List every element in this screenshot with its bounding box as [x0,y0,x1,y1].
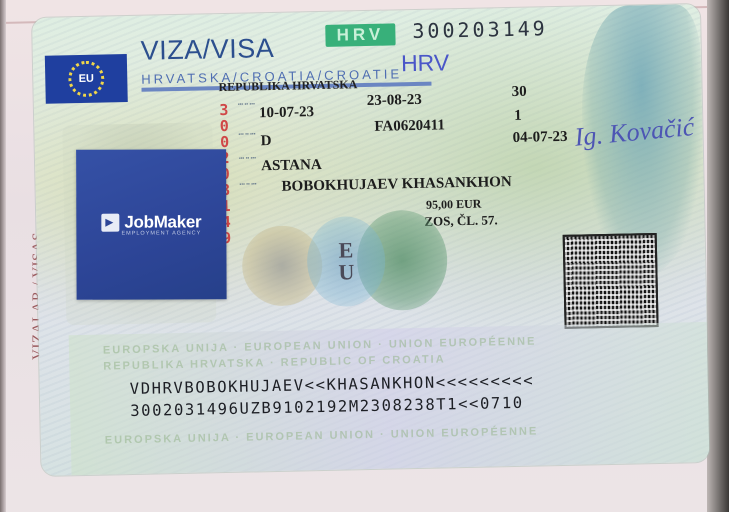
field-entries: 1 [514,108,522,125]
field-place-of-issue: ASTANA [261,157,322,175]
jobmaker-logo-overlay: JobMaker EMPLOYMENT AGENCY [76,149,227,300]
microtext-1: EUROPSKA UNIJA · EUROPEAN UNION · UNION … [103,336,537,357]
issuer: REPUBLIKA HRVATSKA [218,77,357,95]
microtext-3: EUROPSKA UNIJA · EUROPEAN UNION · UNION … [105,425,539,446]
field-valid-from: 10-07-23 [259,104,314,122]
page-edge-right [707,0,729,512]
field-fee: 95,00 EUR [426,197,482,213]
hologram-letter-e: E [338,239,353,261]
visa-sticker: EU VIZA/VISA HRVATSKA/CROATIA/CROATIE HR… [32,4,709,476]
field-type: D [260,133,271,150]
field-passport-number: FA0620411 [374,117,445,135]
hologram-letter-u: U [338,261,354,283]
hrv-badge: HRV [325,23,395,46]
field-duration: 30 [511,84,526,101]
page-edge-left [0,0,6,512]
microtext-2: REPUBLIKA HRVATSKA · REPUBLIC OF CROATIA [103,353,446,372]
label-name: ▪▪▪ ▪▪ ▪▪▪ [239,181,275,188]
field-name: BOBOKHUJAEV KHASANKHON [281,174,511,196]
field-valid-until: 23-08-23 [367,92,422,110]
hrv-code: HRV [401,49,450,77]
mrz-line-2: 3002031496UZB9102192M2308238T1<<0710 [130,394,524,420]
mrz-zone: EUROPSKA UNIJA · EUROPEAN UNION · UNION … [69,322,710,475]
eu-flag-icon: EU [45,54,128,104]
jobmaker-icon [101,214,119,232]
field-issue-date: 04-07-23 [512,129,567,147]
barcode-2d [563,233,659,329]
visa-title: VIZA/VISA [140,33,274,67]
visa-number: 300203149 [412,16,548,43]
eu-label: EU [79,73,95,85]
jobmaker-tagline: EMPLOYMENT AGENCY [121,230,201,236]
